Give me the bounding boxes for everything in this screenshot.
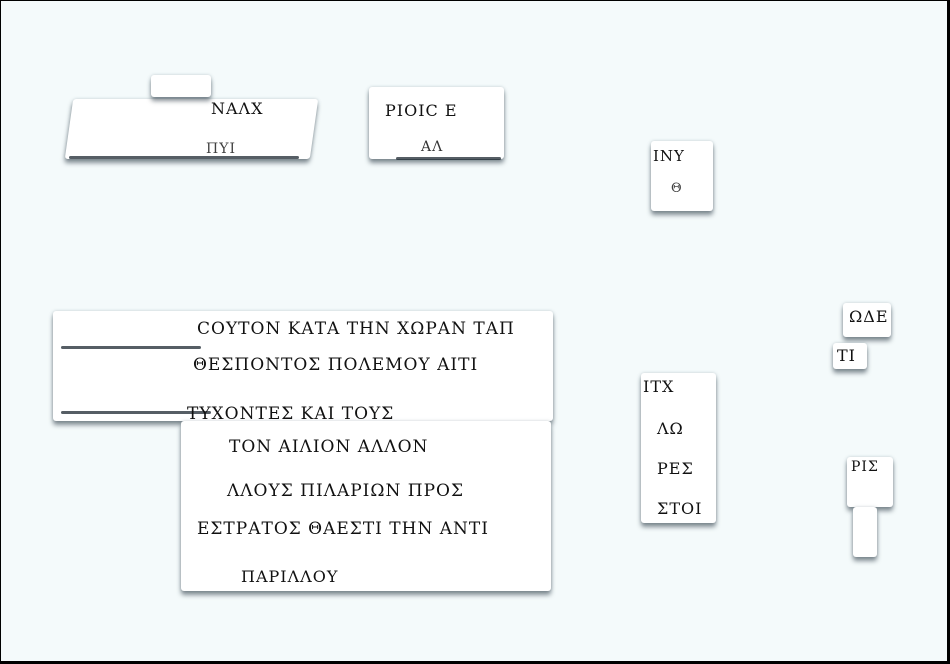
text-line: ΠΥΙ [206,141,236,157]
fragment-top-left [65,99,318,159]
text-line: ΛΩ [657,419,684,438]
text-line: ΠΑΡΙΛΛΟΥ [241,567,338,586]
fragment-edge [61,346,201,349]
text-line: ΣΤΟΙ [657,499,702,518]
text-line: ΕΣΤΡΑΤΟΣ ΘΑΕΣΤΙ ΤΗΝ ΑΝΤΙ [197,519,489,539]
fragment-edge [69,156,299,159]
fragment-edge [396,157,501,160]
fragment-top-left-upper [151,75,211,97]
text-line: ΑΛ [421,139,443,155]
text-line: ΘΕΣΠΟΝΤΟΣ ΠΟΛΕΜΟΥ ΑΙΤΙ [193,355,478,375]
text-line: ΡΙΣ [851,459,879,475]
text-line: ΙΝΥ [653,147,685,165]
text-line: ΡΕΣ [657,459,694,478]
papyrus-photograph: ΝΑΛΧ ΠΥΙ ΡΙΟΙϹ Ε ΑΛ ΙΝΥ Θ ϹΟΥΤΟΝ ΚΑΤΑ ΤΗ… [1,1,947,661]
text-line: ΛΛΟΥΣ ΠΙΛΑΡΙΩΝ ΠΡΟΣ [227,481,464,501]
text-line: ϹΟΥΤΟΝ ΚΑΤΑ ΤΗΝ ΧΩΡΑΝ ΤΑΠ [197,319,515,339]
text-line: ΙΤΧ [643,377,674,396]
text-line: ΤΟΝ ΑΙΛΙΟΝ ΑΛΛΟΝ [229,437,428,457]
text-line: ΡΙΟΙϹ Ε [385,101,458,120]
text-line: ΩΔΕ [849,307,889,326]
fragment-far-right-lower-tail [853,507,877,557]
text-line: ΤΥΧΟΝΤΕΣ ΚΑΙ ΤΟΥΣ [187,404,394,424]
text-line: ΤΙ [837,346,856,365]
text-line: Θ [671,181,683,196]
text-line: ΝΑΛΧ [211,99,264,118]
